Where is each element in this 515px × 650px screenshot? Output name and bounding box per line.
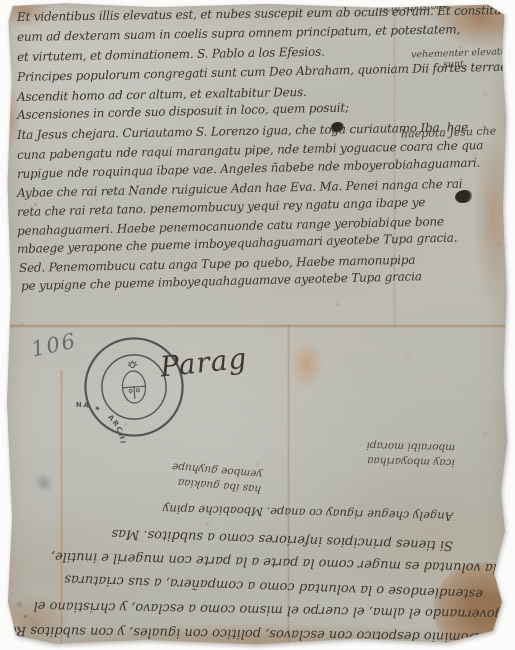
manuscript-line: Principes populorum congregati sunt cum … (17, 60, 507, 84)
inverted-block-line: governando el alma, el cuerpo el mismo c… (15, 598, 503, 622)
inverted-block-line: la voluntad es muger como la parte a la … (19, 548, 497, 576)
inverted-block-line: estendiendose o la voluntad como a compa… (18, 570, 483, 601)
manuscript-photo: Et videntibus illis elevatus est, et nub… (0, 0, 515, 650)
stain-center-rust-patch (290, 340, 324, 390)
pencil-smudge (30, 469, 58, 497)
inverted-note-right: icay mboyarihaa mboraibi morapi (325, 436, 456, 469)
paper-wrap: Et videntibus illis elevatus est, et nub… (0, 0, 515, 650)
manuscript-line: eum ad dexteram suam in coelis supra omn… (17, 22, 460, 44)
manuscript-line: Ascendit homo ad cor altum, et exaltabit… (17, 85, 307, 104)
coat-of-arms-icon (121, 360, 147, 404)
inverted-mid-line: Angely chegue riguay co anape. Mboabiche… (93, 500, 453, 523)
inverted-note-left: has iba guakiaa yemboe guyhupe (116, 454, 263, 497)
ink-blot (455, 190, 472, 203)
manuscript-page: Et videntibus illis elevatus est, et nub… (5, 2, 508, 647)
manuscript-line: Ascensiones in corde suo disposuit in lo… (17, 100, 349, 122)
foxing-specks (5, 2, 6, 3)
crease-vertical-bottom (287, 324, 290, 647)
inverted-block-line: Si tienes principios inferiores como a s… (65, 524, 453, 553)
stain-right-edge (473, 127, 513, 307)
crease-horizontal (5, 324, 508, 328)
inverted-block-line: Dominio despotico con esclavos, politico… (19, 623, 479, 644)
manuscript-line: et virtutem, et dominationem. S. Pablo a… (17, 45, 325, 64)
archive-stamp: ARCHIVO GENERAL DE LA NACIÓN ARGENTINA ★ (71, 328, 196, 446)
margin-note-side-2: sunt, (443, 59, 467, 71)
